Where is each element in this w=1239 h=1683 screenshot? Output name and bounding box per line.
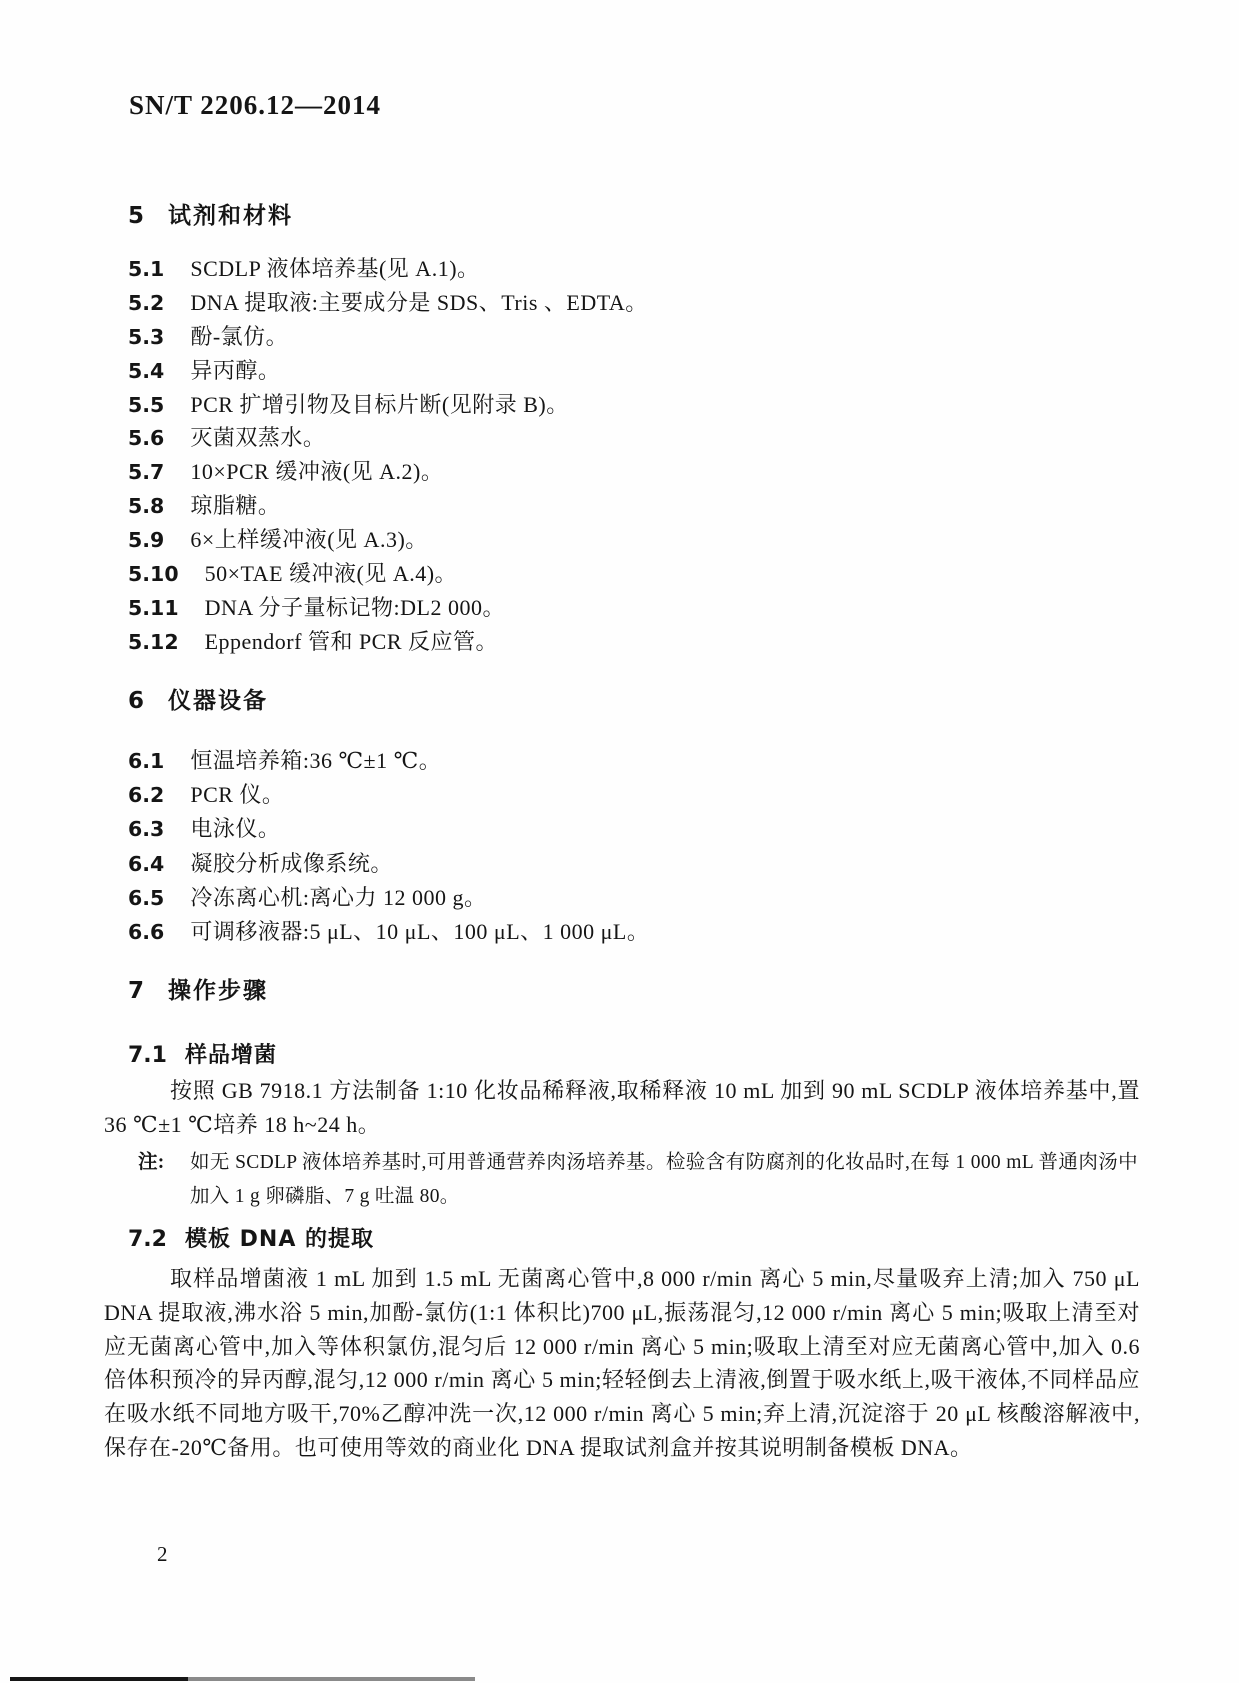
section-7-2-number: 7.2 <box>128 1227 167 1252</box>
clause-number: 5.5 <box>128 389 164 423</box>
section-6-heading: 6仪器设备 <box>128 682 268 715</box>
clause-item-5-12: 5.12Eppendorf 管和 PCR 反应管。 <box>128 625 1149 659</box>
section-7-number: 7 <box>128 978 144 1004</box>
clause-number: 5.9 <box>128 524 164 558</box>
clause-text: DNA 分子量标记物:DL2 000。 <box>205 595 505 620</box>
section-7-title: 操作步骤 <box>168 978 268 1004</box>
clause-number: 5.3 <box>128 321 164 355</box>
section-7-1-heading: 7.1样品增菌 <box>128 1038 277 1069</box>
clause-number: 6.5 <box>128 881 164 915</box>
clause-number: 5.12 <box>128 626 179 660</box>
clause-number: 5.1 <box>128 253 164 287</box>
scan-artifact-bar-gray <box>188 1677 475 1681</box>
clause-item-6-1: 6.1恒温培养箱:36 ℃±1 ℃。 <box>128 744 1149 778</box>
clause-item-5-9: 5.96×上样缓冲液(见 A.3)。 <box>128 523 1149 557</box>
clause-text: 凝胶分析成像系统。 <box>190 851 393 876</box>
clause-number: 5.7 <box>128 456 164 490</box>
section-6-title: 仪器设备 <box>168 688 268 714</box>
clause-item-6-5: 6.5冷冻离心机:离心力 12 000 g。 <box>128 881 1149 915</box>
clause-number: 6.2 <box>128 778 164 812</box>
scan-artifact-bar-black <box>10 1677 188 1681</box>
clause-item-5-10: 5.1050×TAE 缓冲液(见 A.4)。 <box>128 557 1149 591</box>
clause-number: 6.1 <box>128 744 164 778</box>
clause-number: 5.10 <box>128 558 179 592</box>
clause-item-5-8: 5.8琼脂糖。 <box>128 489 1149 523</box>
paragraph-7-1: 按照 GB 7918.1 方法制备 1:10 化妆品稀释液,取稀释液 10 mL… <box>104 1074 1140 1142</box>
clause-item-5-4: 5.4异丙醇。 <box>128 354 1149 388</box>
section-7-1-number: 7.1 <box>128 1043 167 1068</box>
clause-text: PCR 扩增引物及目标片断(见附录 B)。 <box>190 392 568 417</box>
clause-text: 可调移液器:5 μL、10 μL、100 μL、1 000 μL。 <box>190 919 649 944</box>
clause-number: 5.11 <box>128 592 179 626</box>
section-7-2-title: 模板 DNA 的提取 <box>185 1227 374 1252</box>
clause-text: 异丙醇。 <box>190 358 280 383</box>
clause-number: 5.2 <box>128 287 164 321</box>
clause-number: 6.3 <box>128 812 164 846</box>
clause-item-6-3: 6.3电泳仪。 <box>128 812 1149 846</box>
clause-item-6-6: 6.6可调移液器:5 μL、10 μL、100 μL、1 000 μL。 <box>128 915 1149 949</box>
clause-number: 6.4 <box>128 847 164 881</box>
section-5-heading: 5试剂和材料 <box>128 197 293 230</box>
section-7-1-title: 样品增菌 <box>185 1043 277 1068</box>
clause-text: 电泳仪。 <box>190 816 280 841</box>
standard-number: SN/T 2206.12—2014 <box>129 90 381 121</box>
clause-item-5-6: 5.6灭菌双蒸水。 <box>128 421 1149 455</box>
section-7-heading: 7操作步骤 <box>128 972 268 1005</box>
clause-text: 6×上样缓冲液(见 A.3)。 <box>190 527 427 552</box>
clause-item-5-5: 5.5PCR 扩增引物及目标片断(见附录 B)。 <box>128 388 1149 422</box>
section-5-list: 5.1SCDLP 液体培养基(见 A.1)。 5.2DNA 提取液:主要成分是 … <box>128 252 1149 659</box>
clause-number: 5.8 <box>128 490 164 524</box>
clause-text: 酚-氯仿。 <box>190 324 288 349</box>
clause-item-5-7: 5.710×PCR 缓冲液(见 A.2)。 <box>128 455 1149 489</box>
section-7-2-heading: 7.2模板 DNA 的提取 <box>128 1222 374 1253</box>
page-number: 2 <box>157 1542 168 1567</box>
note-text: 如无 SCDLP 液体培养基时,可用普通营养肉汤培养基。检验含有防腐剂的化妆品时… <box>190 1152 1138 1207</box>
paragraph-7-2: 取样品增菌液 1 mL 加到 1.5 mL 无菌离心管中,8 000 r/min… <box>104 1262 1140 1465</box>
clause-text: 冷冻离心机:离心力 12 000 g。 <box>190 885 486 910</box>
clause-number: 5.6 <box>128 422 164 456</box>
clause-text: PCR 仪。 <box>190 782 284 807</box>
clause-text: 10×PCR 缓冲液(见 A.2)。 <box>190 459 443 484</box>
clause-text: 恒温培养箱:36 ℃±1 ℃。 <box>190 748 441 773</box>
document-page: SN/T 2206.12—2014 5试剂和材料 5.1SCDLP 液体培养基(… <box>0 0 1239 1683</box>
clause-item-5-1: 5.1SCDLP 液体培养基(见 A.1)。 <box>128 252 1149 286</box>
clause-text: DNA 提取液:主要成分是 SDS、Tris 、EDTA。 <box>190 290 647 315</box>
section-5-number: 5 <box>128 203 144 229</box>
clause-text: SCDLP 液体培养基(见 A.1)。 <box>190 256 479 281</box>
clause-text: 琼脂糖。 <box>190 493 280 518</box>
clause-item-6-2: 6.2PCR 仪。 <box>128 778 1149 812</box>
note-7-1: 注:如无 SCDLP 液体培养基时,可用普通营养肉汤培养基。检验含有防腐剂的化妆… <box>138 1146 1138 1214</box>
clause-item-5-11: 5.11DNA 分子量标记物:DL2 000。 <box>128 591 1149 625</box>
section-5-title: 试剂和材料 <box>168 203 293 229</box>
clause-number: 6.6 <box>128 915 164 949</box>
note-label: 注: <box>138 1146 165 1180</box>
section-6-list: 6.1恒温培养箱:36 ℃±1 ℃。 6.2PCR 仪。 6.3电泳仪。 6.4… <box>128 744 1149 949</box>
clause-item-6-4: 6.4凝胶分析成像系统。 <box>128 847 1149 881</box>
clause-text: Eppendorf 管和 PCR 反应管。 <box>205 629 498 654</box>
clause-text: 50×TAE 缓冲液(见 A.4)。 <box>205 561 457 586</box>
clause-number: 5.4 <box>128 355 164 389</box>
section-6-number: 6 <box>128 688 144 714</box>
clause-text: 灭菌双蒸水。 <box>190 425 325 450</box>
clause-item-5-3: 5.3酚-氯仿。 <box>128 320 1149 354</box>
clause-item-5-2: 5.2DNA 提取液:主要成分是 SDS、Tris 、EDTA。 <box>128 286 1149 320</box>
